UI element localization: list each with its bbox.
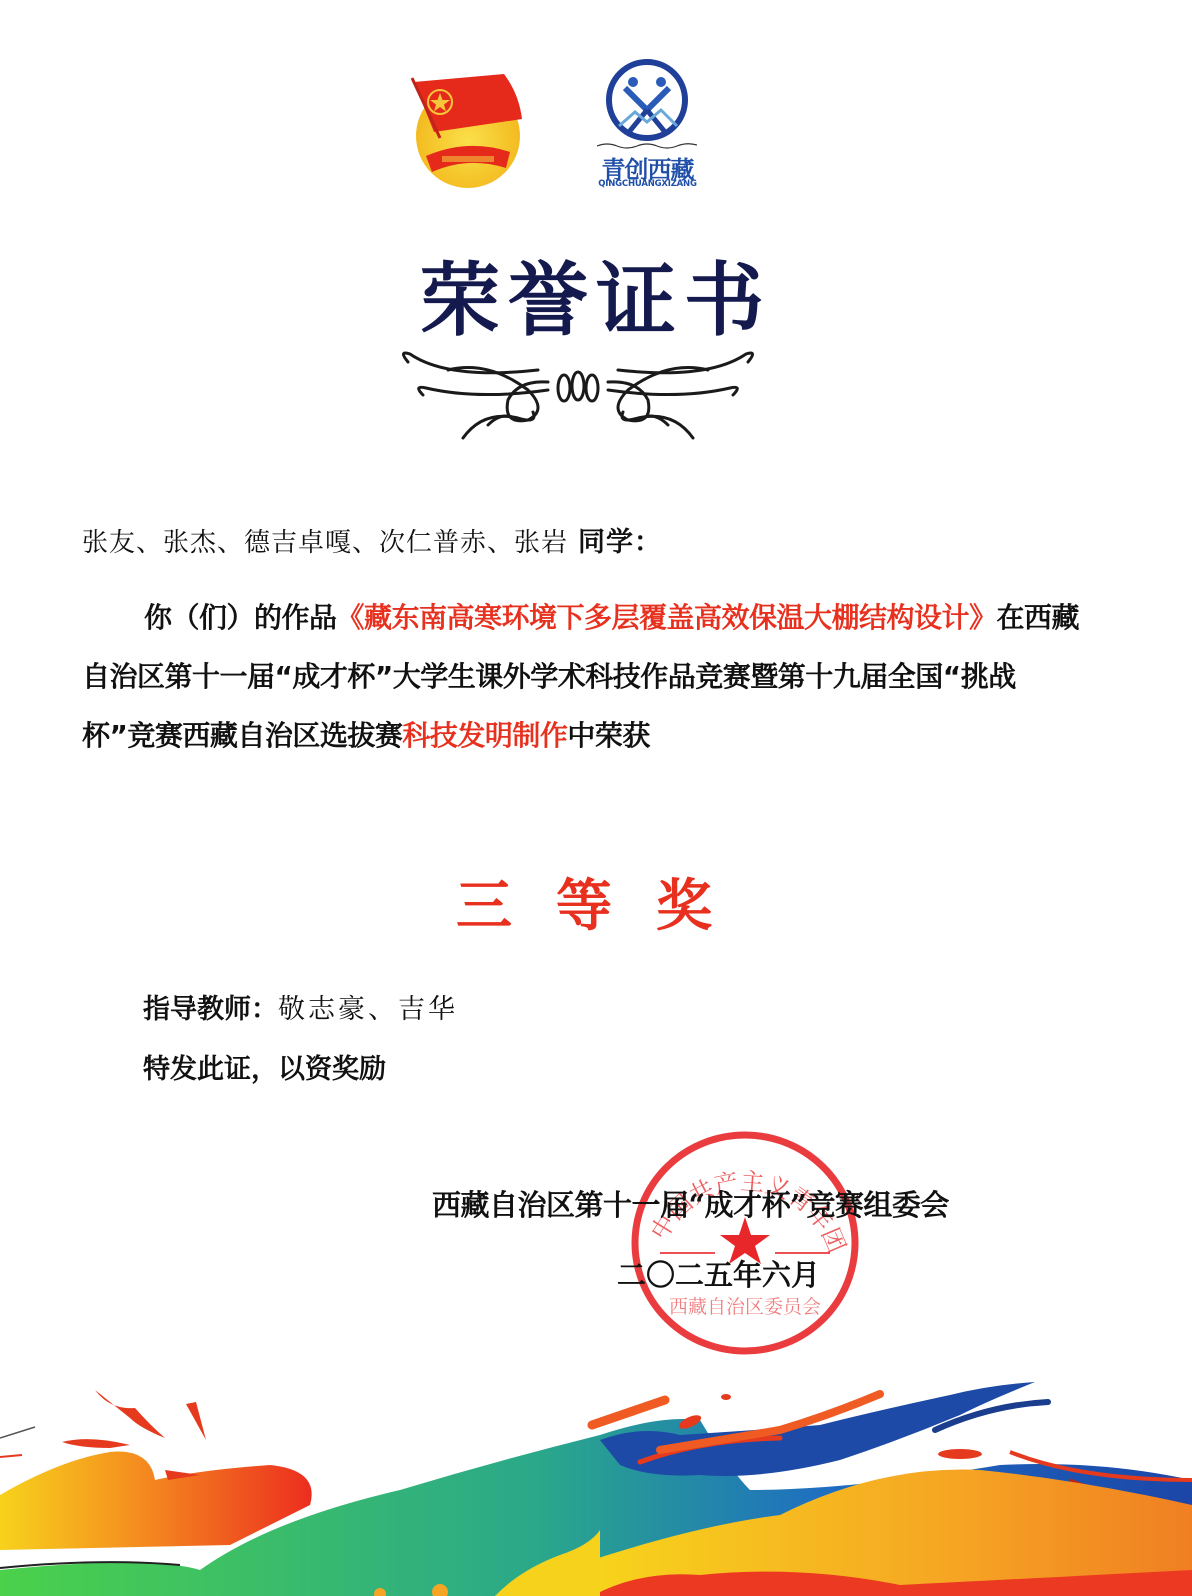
youth-league-emblem [404,64,534,194]
issuing-organization: 西藏自治区第十一届“成才杯”竞赛组委会 [432,1183,949,1224]
recipient-names: 张友、张杰、德吉卓嘎、次仁普赤、张岩 [82,528,568,558]
tibetan-script-decoration [597,142,697,150]
qingchuang-emblem-icon [585,58,710,148]
award-description: 你（们）的作品《藏东南高寒环境下多层覆盖高效保温大棚结构设计》在西藏自治区第十一… [82,588,1082,765]
body-prefix: 你（们）的作品 [144,601,337,634]
decorative-paint-wave [0,1330,1192,1596]
issue-date: 二〇二五年六月 [617,1253,820,1294]
advisor-names: 敬志豪、吉华 [278,994,458,1025]
flourish-icon [388,340,768,440]
recipients-line: 张友、张杰、德吉卓嘎、次仁普赤、张岩同学： [82,520,662,559]
recipient-suffix: 同学： [578,527,662,558]
seal-bottom-text: 西藏自治区委员会 [669,1296,821,1318]
body-suffix: 中荣获 [567,719,650,752]
youth-league-emblem-icon [404,64,534,194]
advisor-line: 指导教师：敬志豪、吉华 [143,987,458,1026]
seal-icon: 中国共产主义青年团 西藏自治区委员会 [620,1125,870,1365]
award-level: 三等奖 [0,862,1192,942]
official-seal: 中国共产主义青年团 西藏自治区委员会 [620,1125,870,1365]
certificate-title: 荣誉证书 [0,236,1192,351]
closing-statement: 特发此证，以资奖励 [143,1047,386,1086]
qingchuang-logo-subtitle: QINGCHUANGXIZANG [585,179,710,189]
award-category: 科技发明制作 [402,719,567,752]
qingchuang-xizang-logo: 青创西藏 QINGCHUANGXIZANG [585,58,710,193]
advisor-label: 指导教师： [143,994,278,1025]
work-title: 《藏东南高寒环境下多层覆盖高效保温大棚结构设计》 [337,601,997,634]
title-flourish-ornament [388,340,768,440]
paint-splash-decoration-icon [0,1330,1192,1596]
